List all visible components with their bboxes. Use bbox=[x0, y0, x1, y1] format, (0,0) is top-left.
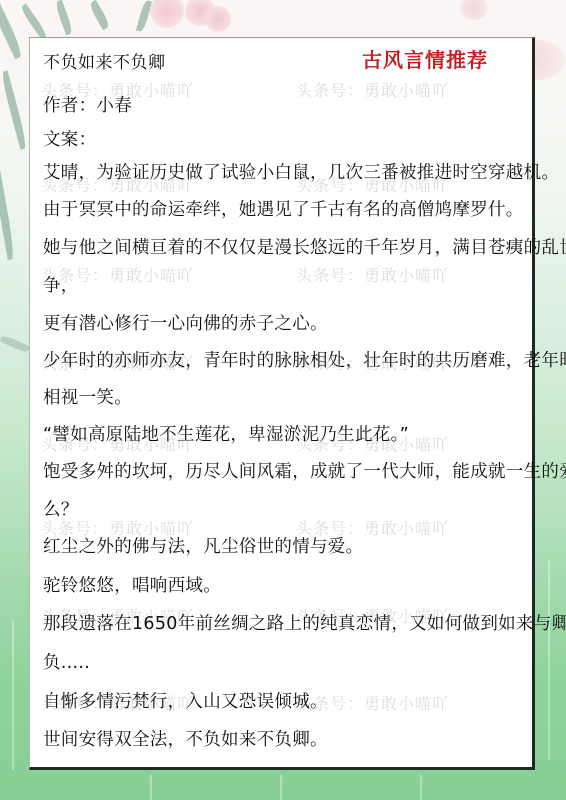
genre-tag: 古风言情推荐 bbox=[362, 44, 488, 73]
rain-streak bbox=[548, 560, 550, 760]
blossom-icon bbox=[460, 0, 488, 20]
rain-streak bbox=[420, 775, 422, 800]
blossom-icon bbox=[150, 0, 184, 28]
synopsis-label: 文案： bbox=[43, 126, 96, 151]
willow-leaf-icon bbox=[54, 0, 73, 35]
synopsis-card: 头条号：勇敢小喵吖 头条号：勇敢小喵吖 头条号：勇敢小喵吖 头条号：勇敢小喵吖 … bbox=[29, 37, 535, 770]
synopsis-line: 那段遗落在1650年前丝绸之路上的纯真恋情，又如何做到如来与卿两不 bbox=[43, 610, 566, 635]
synopsis-line: 么？ bbox=[43, 496, 79, 521]
willow-leaf-icon bbox=[0, 334, 30, 354]
synopsis-line: 自惭多情污梵行，入山又恐误倾城。 bbox=[43, 688, 328, 713]
willow-leaf-icon bbox=[0, 1, 24, 60]
synopsis-line: 少年时的亦师亦友，青年时的脉脉相处，壮年时的共历磨难，老年时的 bbox=[43, 347, 566, 372]
synopsis-line: 由于冥冥中的命运牵绊，她遇见了千古有名的高僧鸠摩罗什。 bbox=[43, 196, 524, 221]
rain-streak bbox=[150, 775, 152, 800]
synopsis-line: 饱受多舛的坎坷，历尽人间风霜，成就了一代大师，能成就一生的爱恋 bbox=[43, 458, 566, 483]
blossom-icon bbox=[205, 6, 231, 32]
watermark: 头条号：勇敢小喵吖 bbox=[296, 263, 449, 286]
synopsis-line: “譬如高原陆地不生莲花，卑湿淤泥乃生此花。” bbox=[43, 421, 409, 446]
rain-streak bbox=[12, 620, 14, 770]
synopsis-line: 艾晴，为验证历史做了试验小白鼠，几次三番被推进时空穿越机。 bbox=[43, 159, 559, 184]
title-row: 不负如来不负卿 古风言情推荐 bbox=[43, 46, 520, 76]
synopsis-line: 驼铃悠悠，唱响西域。 bbox=[43, 572, 221, 597]
synopsis-line: 她与他之间横亘着的不仅仅是漫长悠远的千年岁月，满目苍痍的乱世纷 bbox=[43, 234, 566, 259]
novel-title: 不负如来不负卿 bbox=[43, 48, 166, 73]
synopsis-line: 相视一笑。 bbox=[43, 384, 132, 409]
synopsis-line: 世间安得双全法，不负如来不负卿。 bbox=[43, 726, 328, 751]
willow-leaf-icon bbox=[0, 70, 28, 149]
willow-leaf-icon bbox=[0, 170, 16, 260]
watermark: 头条号：勇敢小喵吖 bbox=[296, 78, 449, 101]
author-line: 作者：小春 bbox=[43, 92, 132, 117]
rain-streak bbox=[280, 775, 282, 800]
synopsis-line: 负..... bbox=[43, 649, 90, 674]
willow-leaf-icon bbox=[136, 0, 152, 32]
willow-leaf-icon bbox=[19, 3, 48, 40]
synopsis-line: 红尘之外的佛与法，凡尘俗世的情与爱。 bbox=[43, 533, 363, 558]
synopsis-line: 更有潜心修行一心向佛的赤子之心。 bbox=[43, 310, 328, 335]
willow-leaf-icon bbox=[88, 0, 111, 30]
synopsis-line: 争， bbox=[43, 272, 79, 297]
